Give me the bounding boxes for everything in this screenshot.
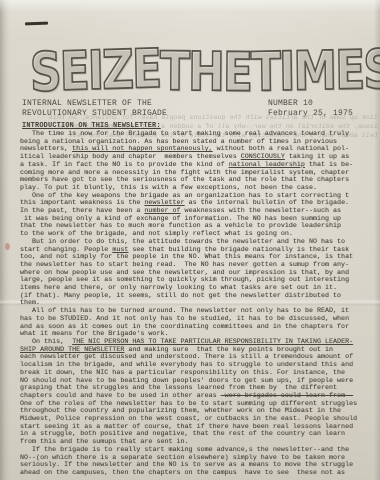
title-word-times: TIMES! — [251, 43, 380, 100]
title-word-seize: SEIZE — [29, 43, 160, 101]
newsletter-page: SEIZE THE TIMES! INTERNAL NEWSLETTER OF … — [0, 0, 380, 480]
left-edge-shadow — [0, 0, 10, 480]
masthead-line-2: REVOLUTIONARY STUDENT BRIGADE — [22, 109, 167, 119]
masthead-issue-info: NUMBER 10 February 25, 1975 — [268, 99, 353, 119]
pen-mark — [25, 22, 48, 26]
paragraph: One of the key weapons the brigade as an… — [20, 193, 378, 239]
body-text: The time is now for the Brigade to start… — [20, 131, 378, 478]
paragraph: But in order to do this, the attitude to… — [20, 239, 378, 308]
pink-stain — [5, 243, 10, 250]
issue-number: NUMBER 10 — [268, 99, 353, 109]
title-word-the: THE — [160, 46, 251, 101]
paragraph: On this, THE NIC PERSON HAS TO TAKE PART… — [20, 339, 378, 447]
issue-date: February 25, 1975 — [268, 109, 353, 119]
masthead-line-1: INTERNAL NEWSLETTER OF THE — [22, 99, 167, 109]
top-edge-highlight — [0, 0, 380, 12]
paragraph: The time is now for the Brigade to start… — [20, 131, 378, 193]
section-heading: INTRODUCTION ON THIS NEWSLETTER: — [22, 122, 161, 130]
paragraph: All of this has to be turned around. The… — [20, 308, 378, 339]
masthead-organization: INTERNAL NEWSLETTER OF THE REVOLUTIONARY… — [22, 99, 167, 119]
paragraph: If the brigade is to really start making… — [20, 447, 378, 478]
newsletter-title: SEIZE THE TIMES! — [30, 45, 374, 99]
